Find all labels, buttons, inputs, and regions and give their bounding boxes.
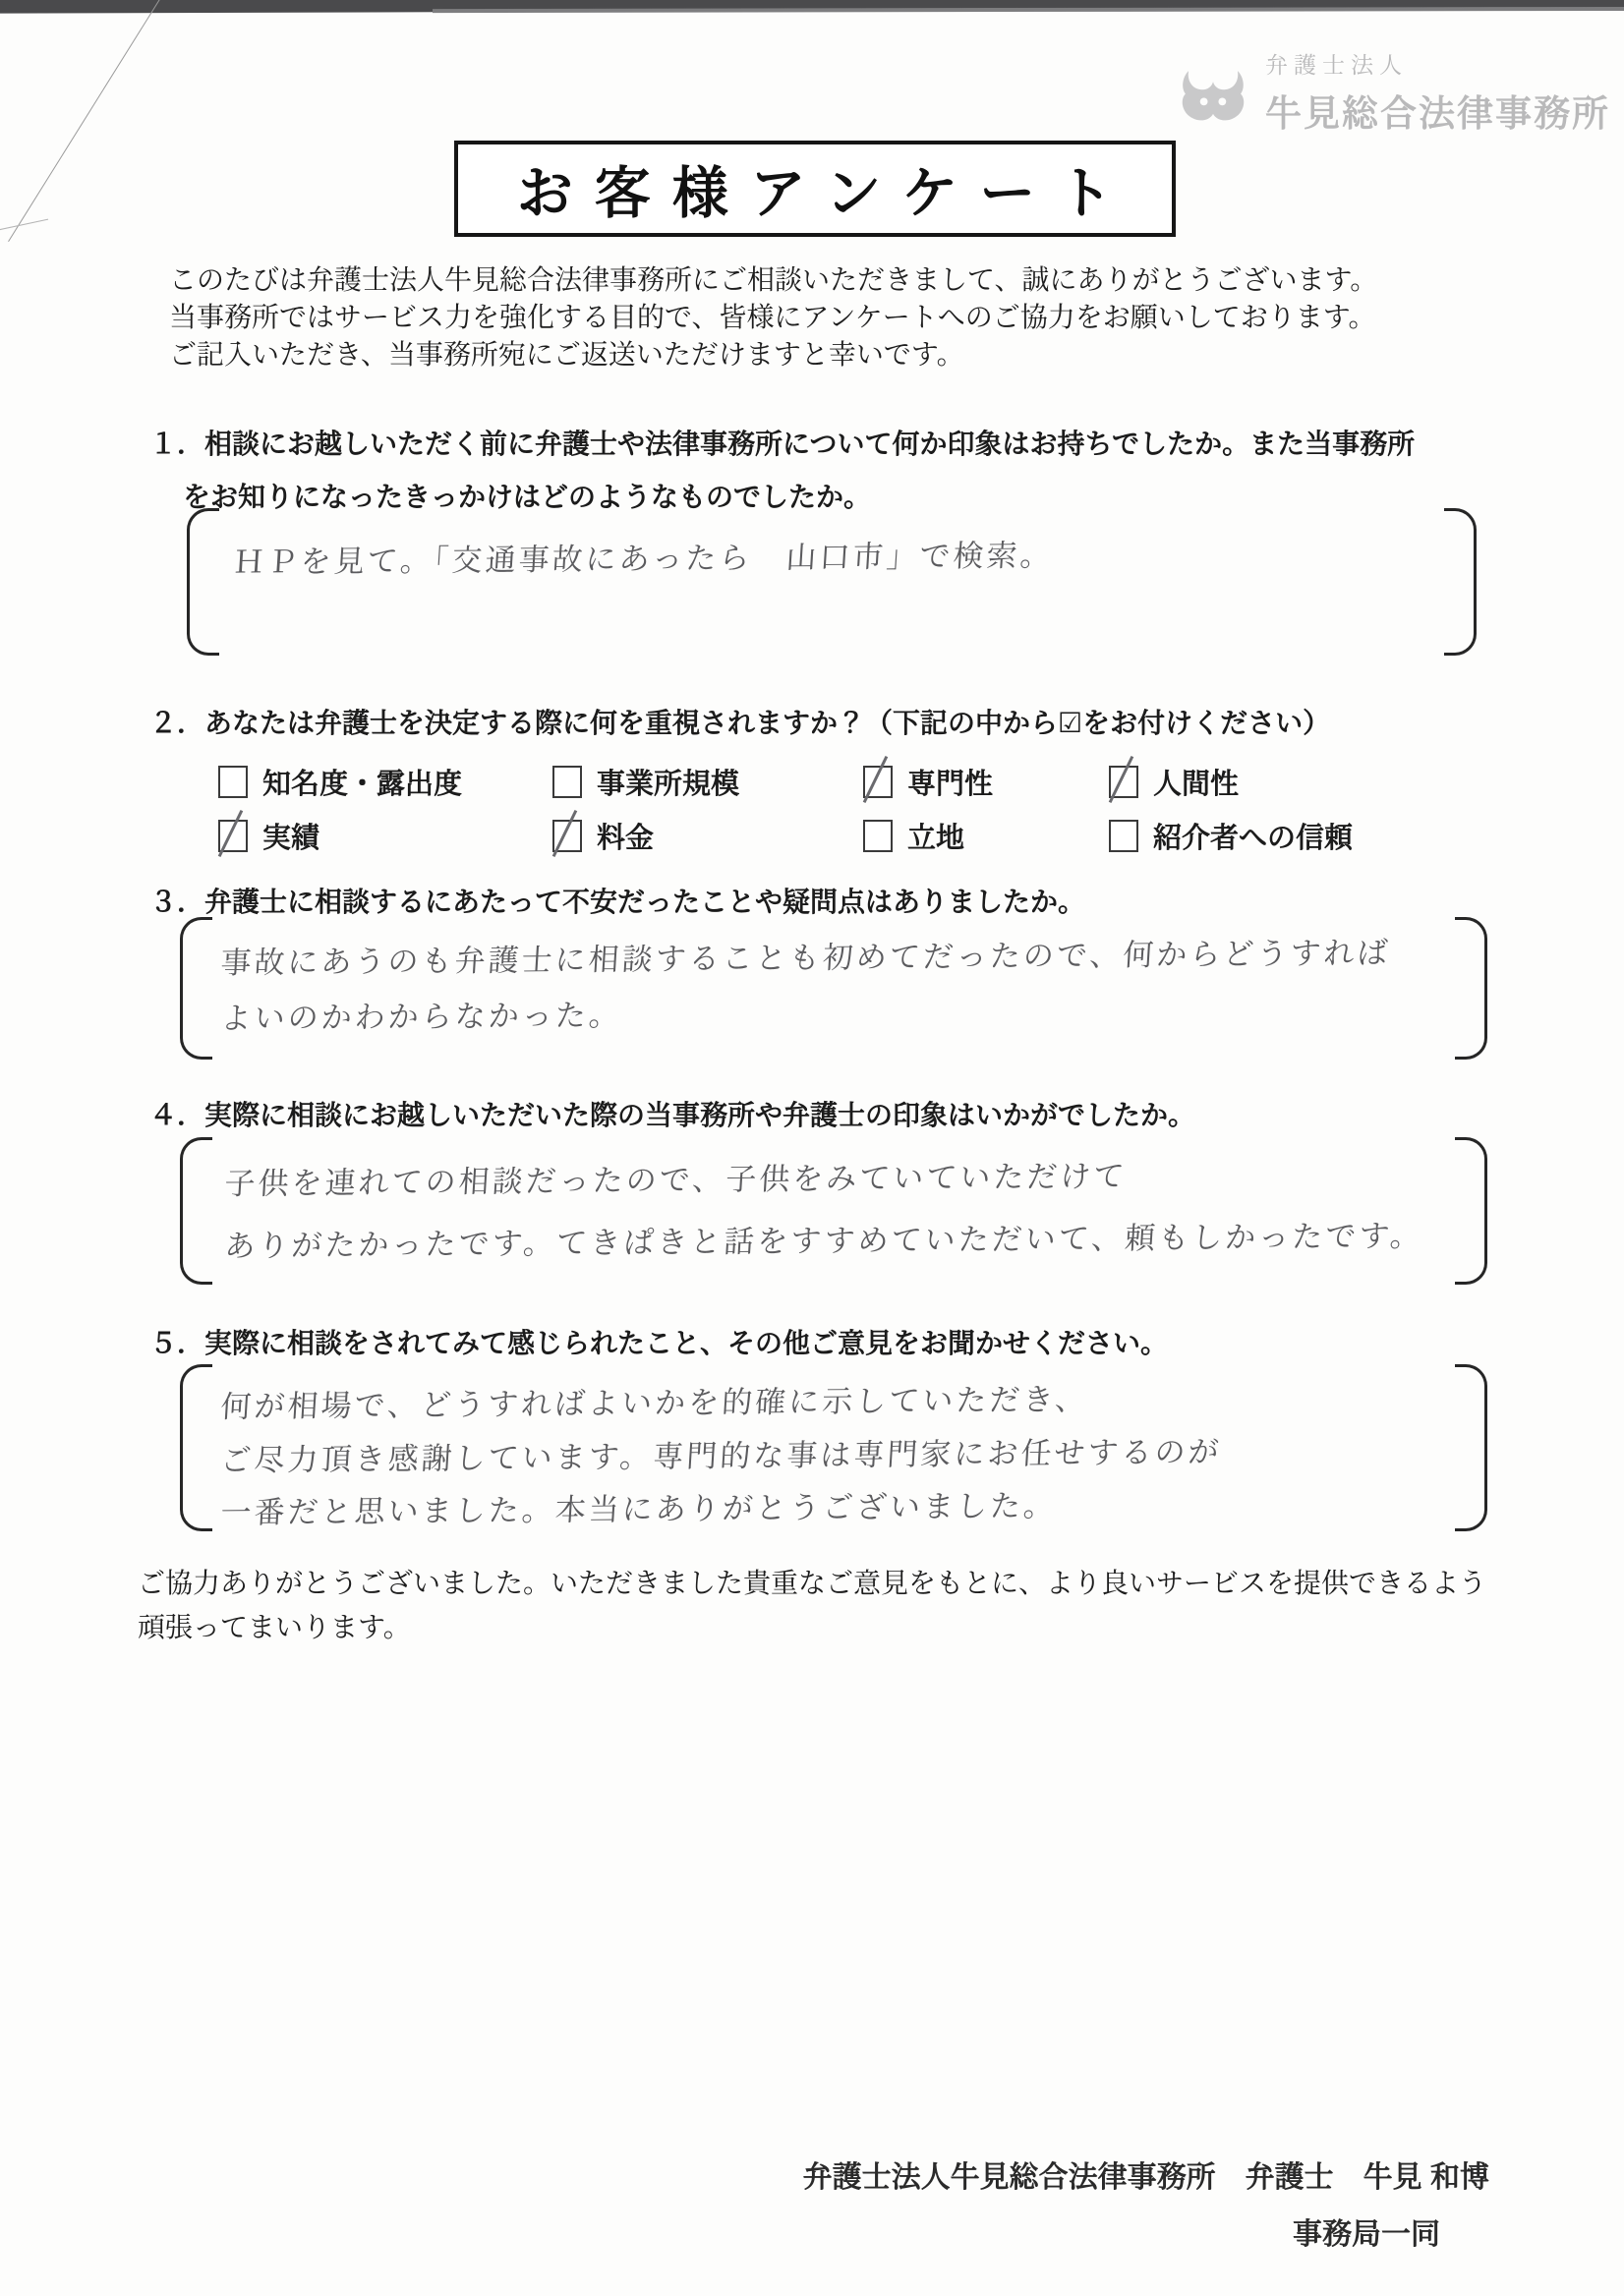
scan-edge-artifact-2 — [433, 7, 1624, 13]
answer-bracket-left — [180, 1364, 212, 1531]
survey-title-box: お客様アンケート — [454, 141, 1176, 237]
firm-name-label: 牛見総合法律事務所 — [1265, 84, 1610, 137]
checkbox-icon — [552, 820, 582, 852]
option-visibility: 知名度・露出度 — [218, 765, 462, 798]
checkbox-icon — [552, 766, 582, 798]
question-5-label: ５．実際に相談をされてみて感じられたこと、その他ご意見をお聞かせください。 — [149, 1322, 1168, 1361]
option-location: 立地 — [863, 819, 964, 852]
firm-logo: 弁護士法人 牛見総合法律事務所 — [1175, 47, 1610, 137]
answer-bracket-right — [1455, 1364, 1487, 1531]
option-label: 人間性 — [1153, 762, 1239, 802]
checkbox-icon — [218, 820, 248, 852]
handwritten-answer-4-line2: ありがたかったです。てきぱきと話をすすめていただいて、頼もしかったです。 — [223, 1211, 1424, 1266]
option-track-record: 実績 — [218, 819, 319, 852]
option-office-size: 事業所規模 — [552, 765, 739, 798]
handwritten-answer-3-line1: 事故にあうのも弁護士に相談することも初めてだったので、何からどうすれば — [219, 928, 1392, 982]
handwritten-answer-1: ＨＰを見て。「交通事故にあったら 山口市」で検索。 — [232, 530, 1055, 581]
survey-page: 弁護士法人 牛見総合法律事務所 お客様アンケート このたびは弁護士法人牛見総合法… — [0, 0, 1624, 2296]
option-fees: 料金 — [552, 819, 654, 852]
checkbox-icon — [218, 766, 248, 798]
closing-paragraph: ご協力ありがとうございました。いただきました貴重なご意見をもとに、より良いサービ… — [138, 1561, 1486, 1649]
option-label: 紹介者への信頼 — [1153, 816, 1353, 856]
handwritten-answer-3-line2: よいのかわからなかった。 — [220, 990, 624, 1038]
checkmark-stroke — [863, 755, 888, 802]
handwritten-answer-5-line3: 一番だと思いました。本当にありがとうございました。 — [219, 1480, 1058, 1531]
option-expertise: 専門性 — [863, 765, 993, 798]
footer-firm-and-lawyer: 弁護士法人牛見総合法律事務所 弁護士 牛見 和博 — [0, 2152, 1489, 2196]
option-referrer-trust: 紹介者への信頼 — [1109, 819, 1353, 852]
option-label: 知名度・露出度 — [262, 762, 462, 802]
answer-bracket-left — [180, 1137, 212, 1285]
intro-paragraph: このたびは弁護士法人牛見総合法律事務所にご相談いただきまして、誠にありがとうござ… — [169, 261, 1377, 373]
option-label: 専門性 — [907, 762, 993, 802]
closing-line-1: ご協力ありがとうございました。いただきました貴重なご意見をもとに、より良いサービ… — [138, 1561, 1486, 1605]
checkbox-icon — [863, 820, 893, 852]
question-2-label: ２．あなたは弁護士を決定する際に何を重視されますか？（下記の中から☑をお付けくだ… — [149, 702, 1330, 741]
firm-type-label: 弁護士法人 — [1265, 47, 1610, 80]
firm-logo-text: 弁護士法人 牛見総合法律事務所 — [1265, 47, 1610, 137]
question-3-label: ３．弁護士に相談するにあたって不安だったことや疑問点はありましたか。 — [149, 881, 1085, 920]
checkmark-stroke — [1109, 755, 1133, 802]
option-label: 実績 — [262, 816, 319, 856]
paper-crease-line — [8, 0, 165, 242]
answer-box-5: 何が相場で、どうすればよいかを的確に示していただき、 ご尽力頂き感謝しています。… — [180, 1364, 1487, 1531]
paper-crease-line-2 — [0, 219, 48, 239]
intro-line-2: 当事務所ではサービス力を強化する目的で、皆様にアンケートへのご協力をお願いしてお… — [169, 299, 1377, 336]
intro-line-3: ご記入いただき、当事務所宛にご返送いただけますと幸いです。 — [169, 336, 1377, 373]
checkmark-stroke — [218, 809, 243, 856]
answer-box-4: 子供を連れての相談だったので、子供をみていていただけて ありがたかったです。てき… — [180, 1137, 1487, 1285]
question-4-label: ４．実際に相談にお越しいただいた際の当事務所や弁護士の印象はいかがでしたか。 — [149, 1094, 1195, 1133]
closing-line-2: 頑張ってまいります。 — [138, 1605, 1486, 1649]
answer-bracket-right — [1444, 508, 1477, 656]
handwritten-answer-5-line1: 何が相場で、どうすればよいかを的確に示していただき、 — [219, 1374, 1089, 1426]
checkbox-icon — [863, 766, 893, 798]
footer-staff: 事務局一同 — [0, 2210, 1440, 2253]
checkbox-icon — [1109, 766, 1138, 798]
option-humanity: 人間性 — [1109, 765, 1239, 798]
option-label: 立地 — [907, 816, 964, 856]
answer-bracket-right — [1455, 1137, 1487, 1285]
answer-bracket-left — [180, 917, 212, 1060]
option-label: 料金 — [597, 816, 654, 856]
checkmark-stroke — [552, 809, 577, 856]
intro-line-1: このたびは弁護士法人牛見総合法律事務所にご相談いただきまして、誠にありがとうござ… — [169, 261, 1377, 299]
answer-box-1: ＨＰを見て。「交通事故にあったら 山口市」で検索。 — [187, 508, 1477, 656]
checkbox-icon — [1109, 820, 1138, 852]
answer-box-3: 事故にあうのも弁護士に相談することも初めてだったので、何からどうすれば よいのか… — [180, 917, 1487, 1060]
handwritten-answer-5-line2: ご尽力頂き感謝しています。専門的な事は専門家にお任せするのが — [219, 1427, 1223, 1480]
question-1-label: １．相談にお越しいただく前に弁護士や法律事務所について何か印象はお持ちでしたか。… — [149, 423, 1415, 462]
handwritten-answer-4-line1: 子供を連れての相談だったので、子供をみていていただけて — [223, 1151, 1129, 1203]
answer-bracket-right — [1455, 917, 1487, 1060]
answer-bracket-left — [187, 508, 219, 656]
survey-title: お客様アンケート — [495, 148, 1135, 229]
option-label: 事業所規模 — [597, 762, 739, 802]
firm-logo-icon — [1175, 53, 1251, 132]
